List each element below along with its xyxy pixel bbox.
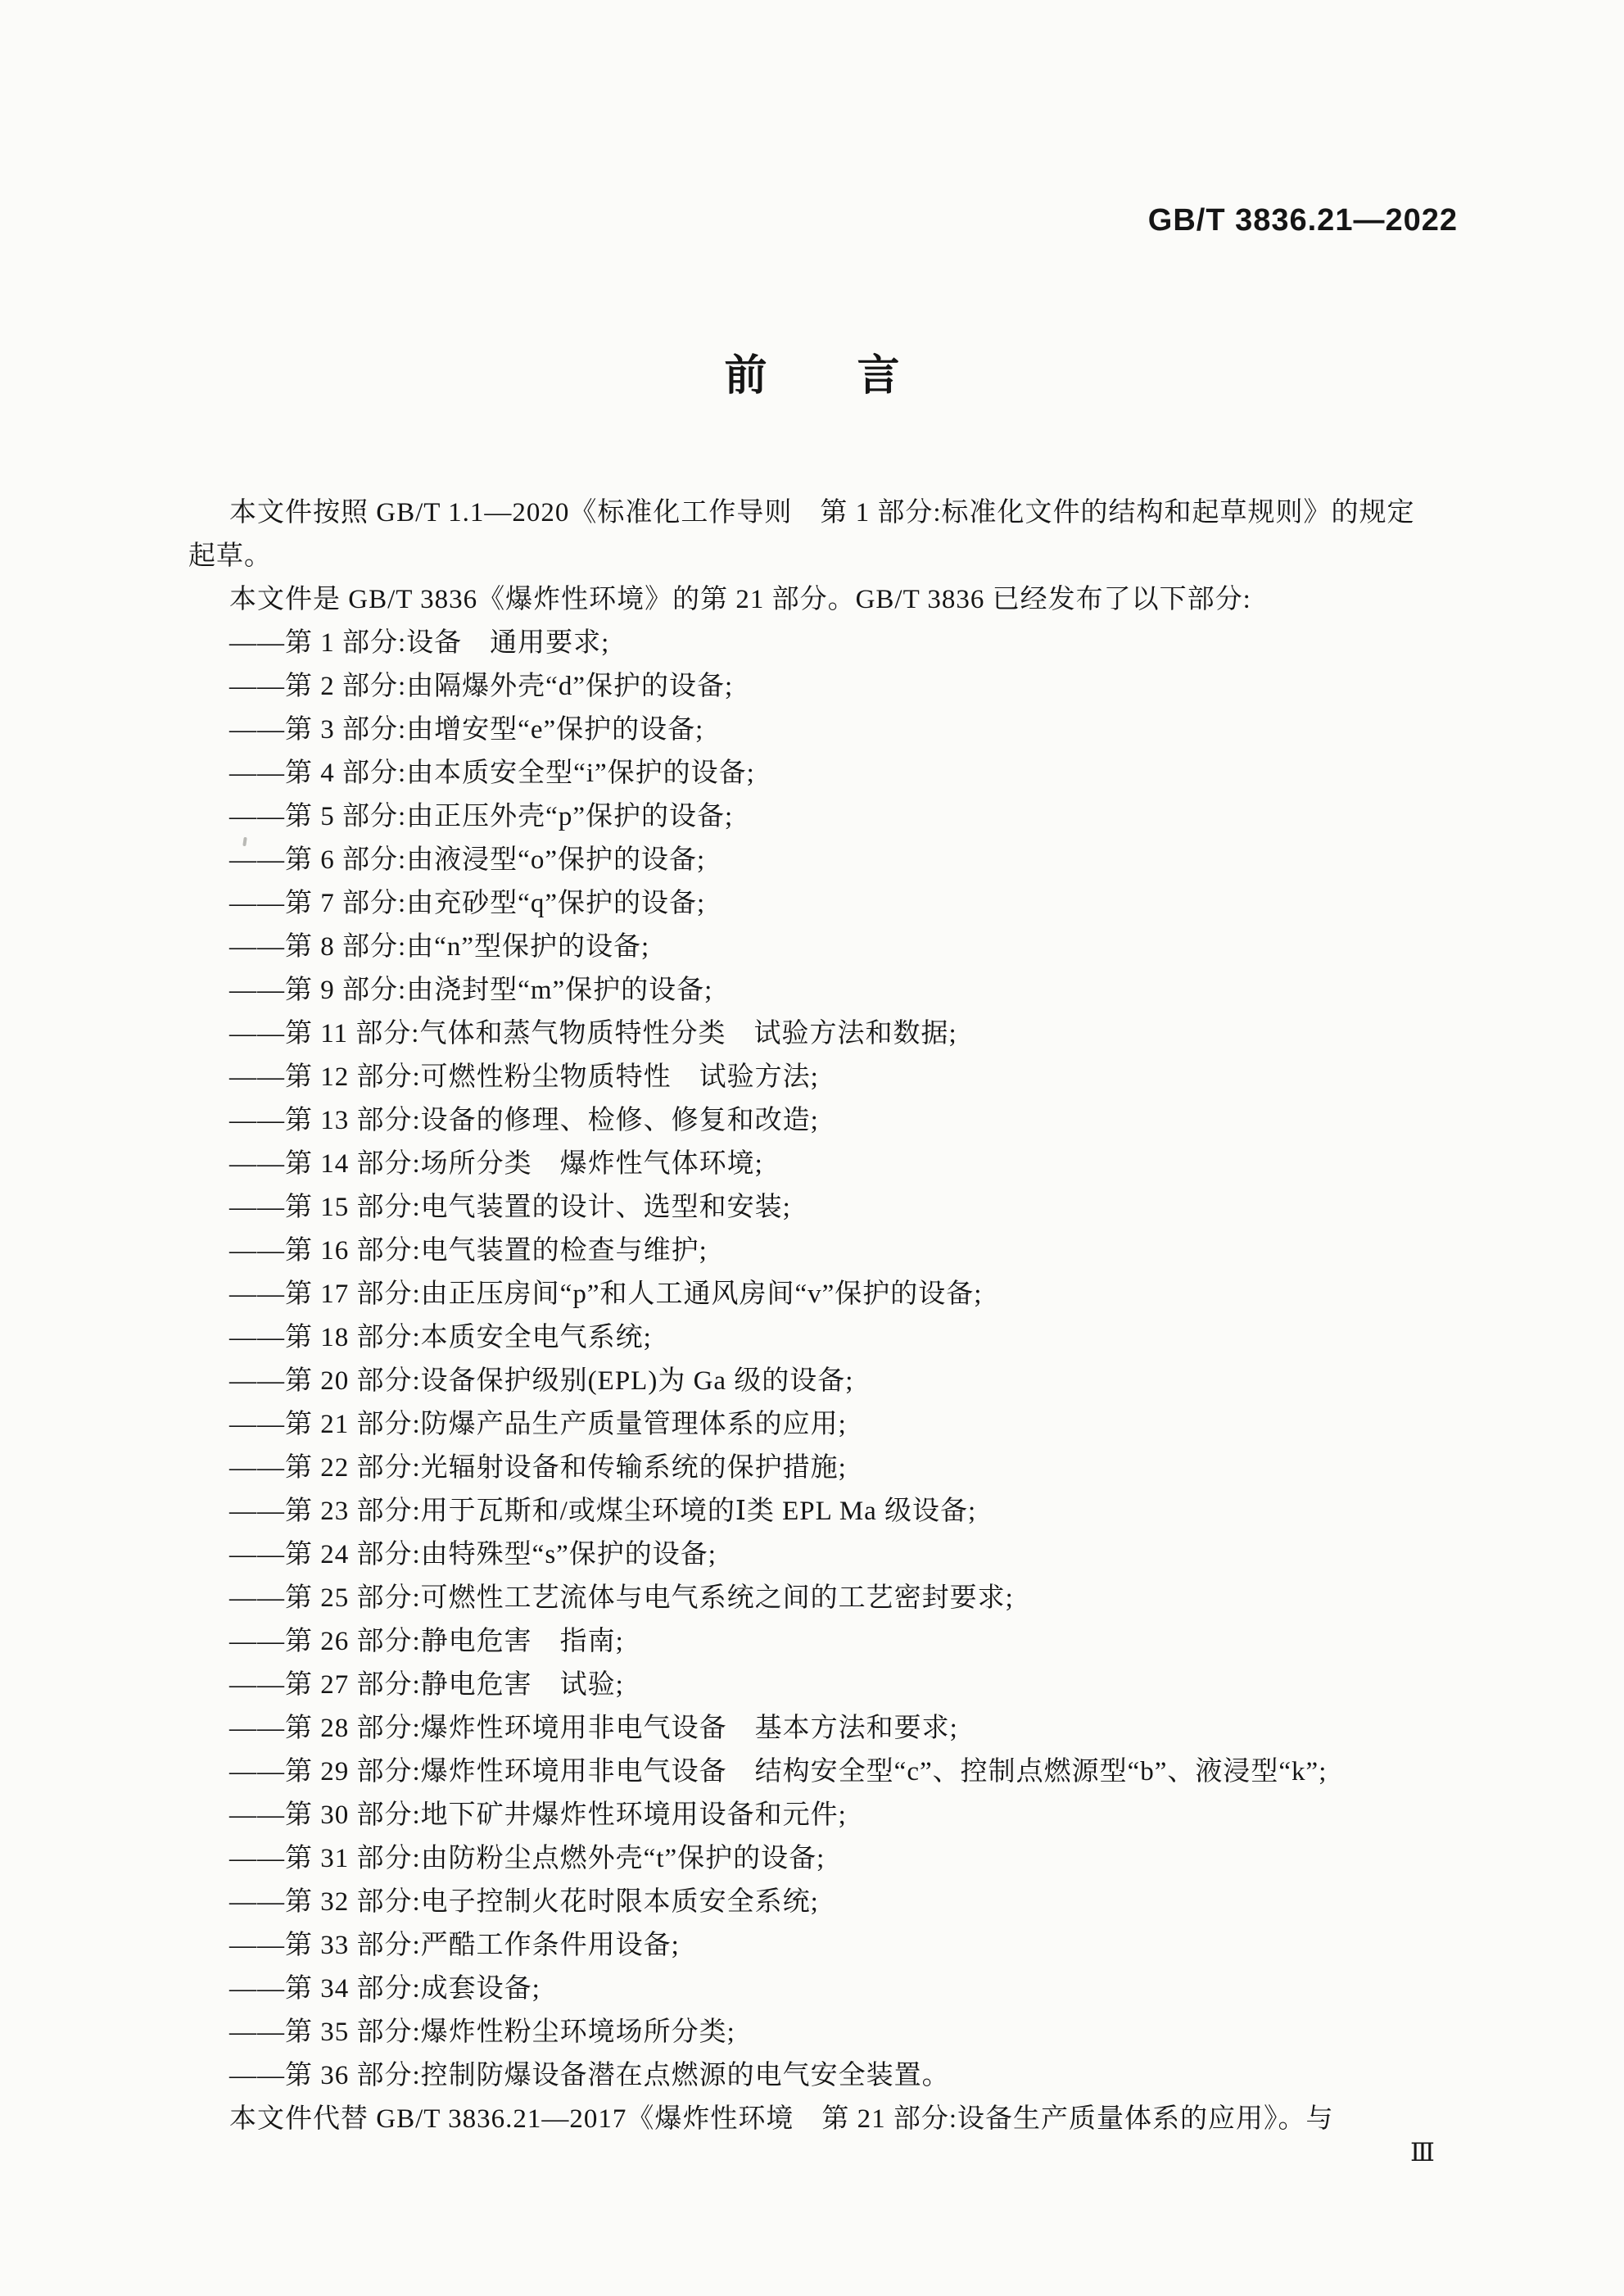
part-item: ——第 21 部分:防爆产品生产质量管理体系的应用; (188, 1403, 1491, 1447)
part-item: ——第 9 部分:由浇封型“m”保护的设备; (188, 969, 1491, 1012)
part-item: ——第 17 部分:由正压房间“p”和人工通风房间“v”保护的设备; (188, 1273, 1491, 1316)
part-item: ——第 4 部分:由本质安全型“i”保护的设备; (188, 752, 1491, 795)
part-item: ——第 23 部分:用于瓦斯和/或煤尘环境的Ⅰ类 EPL Ma 级设备; (188, 1490, 1491, 1533)
paragraph-replacement: 本文件代替 GB/T 3836.21—2017《爆炸性环境 第 21 部分:设备… (188, 2098, 1491, 2141)
part-item: ——第 28 部分:爆炸性环境用非电气设备 基本方法和要求; (188, 1707, 1491, 1750)
part-item: ——第 31 部分:由防粉尘点燃外壳“t”保护的设备; (188, 1837, 1491, 1881)
part-item: ——第 13 部分:设备的修理、检修、修复和改造; (188, 1099, 1491, 1143)
part-item: ——第 32 部分:电子控制火花时限本质安全系统; (188, 1881, 1491, 1924)
part-item: ——第 8 部分:由“n”型保护的设备; (188, 926, 1491, 969)
part-item: ——第 34 部分:成套设备; (188, 1968, 1491, 2011)
part-item: ——第 22 部分:光辐射设备和传输系统的保护措施; (188, 1447, 1491, 1490)
part-item: ——第 24 部分:由特殊型“s”保护的设备; (188, 1533, 1491, 1577)
part-item: ——第 7 部分:由充砂型“q”保护的设备; (188, 882, 1491, 926)
part-item: ——第 2 部分:由隔爆外壳“d”保护的设备; (188, 665, 1491, 709)
part-item: ——第 26 部分:静电危害 指南; (188, 1620, 1491, 1664)
paragraph-drafting-line-1: 本文件按照 GB/T 1.1—2020《标准化工作导则 第 1 部分:标准化文件… (188, 491, 1491, 535)
part-item: ——第 11 部分:气体和蒸气物质特性分类 试验方法和数据; (188, 1012, 1491, 1056)
part-item: ——第 35 部分:爆炸性粉尘环境场所分类; (188, 2011, 1491, 2054)
part-item: ——第 25 部分:可燃性工艺流体与电气系统之间的工艺密封要求; (188, 1577, 1491, 1620)
part-item: ——第 5 部分:由正压外壳“p”保护的设备; (188, 795, 1491, 839)
paragraph-series-intro: 本文件是 GB/T 3836《爆炸性环境》的第 21 部分。GB/T 3836 … (188, 578, 1491, 622)
part-item: ——第 33 部分:严酷工作条件用设备; (188, 1924, 1491, 1968)
part-item: ——第 36 部分:控制防爆设备潜在点燃源的电气安全装置。 (188, 2054, 1491, 2098)
parts-list: ——第 1 部分:设备 通用要求;——第 2 部分:由隔爆外壳“d”保护的设备;… (188, 622, 1491, 2098)
part-item: ——第 12 部分:可燃性粉尘物质特性 试验方法; (188, 1056, 1491, 1099)
part-item: ——第 15 部分:电气装置的设计、选型和安装; (188, 1186, 1491, 1230)
standard-number: GB/T 3836.21—2022 (1148, 203, 1458, 238)
page-title-char-left: 前 (724, 352, 767, 400)
paragraph-drafting-line-2: 起草。 (188, 535, 1491, 578)
part-item: ——第 29 部分:爆炸性环境用非电气设备 结构安全型“c”、控制点燃源型“b”… (188, 1750, 1491, 1794)
page-title: 前 言 (0, 352, 1624, 400)
part-item: ——第 30 部分:地下矿井爆炸性环境用设备和元件; (188, 1794, 1491, 1837)
part-item: ——第 18 部分:本质安全电气系统; (188, 1316, 1491, 1360)
part-item: ——第 14 部分:场所分类 爆炸性气体环境; (188, 1143, 1491, 1186)
part-item: ——第 3 部分:由增安型“e”保护的设备; (188, 709, 1491, 752)
page-number: Ⅲ (1410, 2138, 1436, 2167)
part-item: ——第 16 部分:电气装置的检查与维护; (188, 1230, 1491, 1273)
foreword-body: 本文件按照 GB/T 1.1—2020《标准化工作导则 第 1 部分:标准化文件… (188, 491, 1491, 2141)
document-page: GB/T 3836.21—2022 前 言 本文件按照 GB/T 1.1—202… (0, 0, 1624, 2296)
part-item: ——第 27 部分:静电危害 试验; (188, 1664, 1491, 1707)
part-item: ——第 6 部分:由液浸型“o”保护的设备; (188, 839, 1491, 882)
part-item: ——第 20 部分:设备保护级别(EPL)为 Ga 级的设备; (188, 1360, 1491, 1403)
part-item: ——第 1 部分:设备 通用要求; (188, 622, 1491, 665)
page-title-char-right: 言 (857, 352, 900, 400)
